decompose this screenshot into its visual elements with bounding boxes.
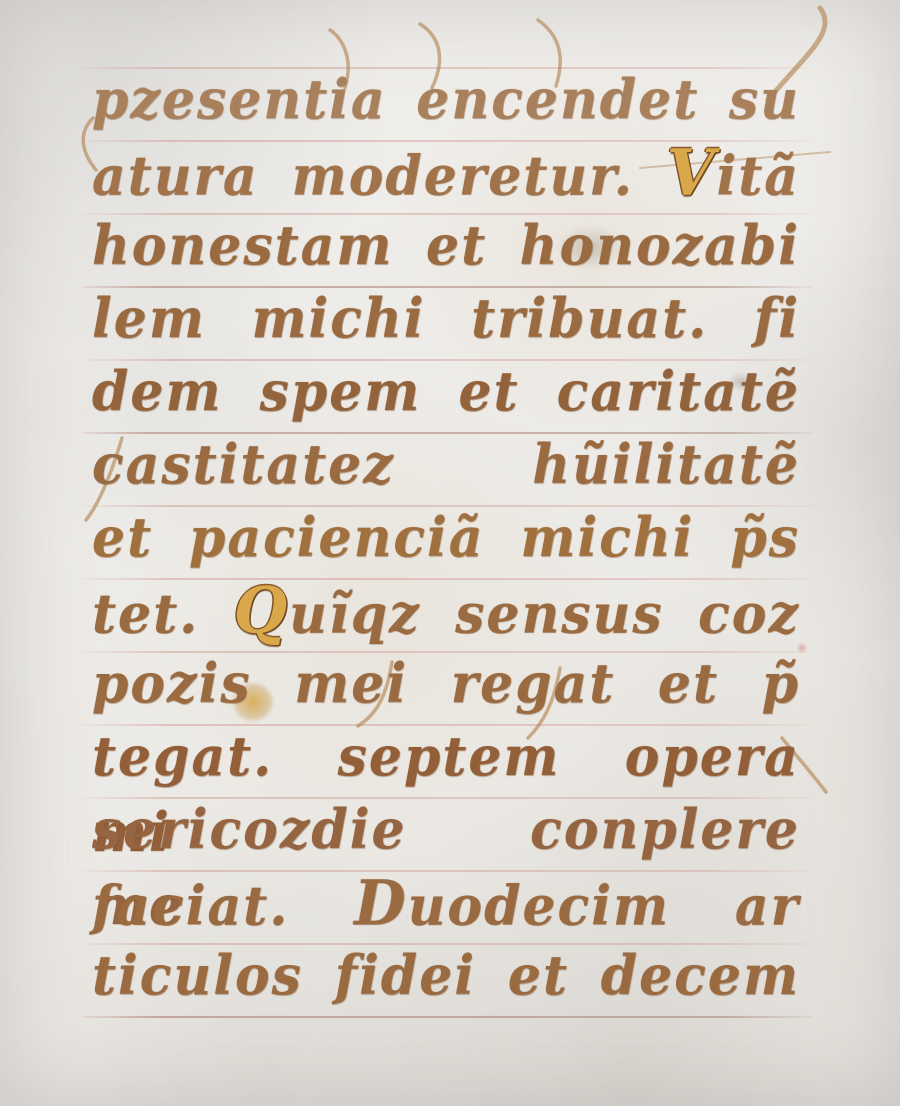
manuscript-line: castitatez hũilitatẽ (92, 427, 800, 503)
manuscript-line: dem spem et caritatẽ (92, 354, 800, 430)
manuscript-line: lem michi tribuat. fi (92, 281, 800, 357)
text-segment: lem michi tribuat. fi (92, 287, 800, 350)
manuscript-line: sericozdie conplere me (92, 792, 800, 868)
text-segment: pozis mei regat et p̃ (92, 652, 800, 715)
gold-initial: V (667, 135, 717, 210)
text-segment: faciat. (92, 874, 354, 937)
text-block: pzesentia encendet suatura moderetur. Vi… (92, 62, 800, 1011)
text-segment: itã (717, 144, 800, 207)
manuscript-line: faciat. Duodecim ar (92, 865, 800, 941)
text-segment: castitatez hũilitatẽ (92, 433, 800, 496)
text-segment: tet. (92, 582, 234, 645)
gold-initial: Q (234, 573, 289, 648)
manuscript-page: pzesentia encendet suatura moderetur. Vi… (0, 0, 900, 1106)
text-segment: ticulos fidei et decem (92, 944, 800, 1007)
manuscript-line: et pacienciã michi p̃s (92, 500, 800, 576)
text-segment: dem spem et caritatẽ (92, 360, 800, 423)
manuscript-line: pozis mei regat et p̃ (92, 646, 800, 722)
ruling-line (82, 1016, 812, 1018)
text-segment: honestam et honozabi (92, 214, 800, 277)
text-segment: pzesentia encendet su (92, 68, 800, 131)
manuscript-line: atura moderetur. Vitã (92, 135, 800, 211)
manuscript-line: ticulos fidei et decem (92, 938, 800, 1014)
manuscript-line: pzesentia encendet su (92, 62, 800, 138)
manuscript-line: tet. Quĩqz sensus coz (92, 573, 800, 649)
manuscript-line: tegat. septem opera mi (92, 719, 800, 795)
text-segment: atura moderetur. (92, 144, 667, 207)
text-segment: uĩqz sensus coz (289, 582, 800, 645)
text-segment: et pacienciã michi p̃s (92, 506, 800, 569)
manuscript-line: honestam et honozabi (92, 208, 800, 284)
cadel-initial: D (354, 866, 407, 939)
text-segment: uodecim ar (408, 874, 800, 937)
